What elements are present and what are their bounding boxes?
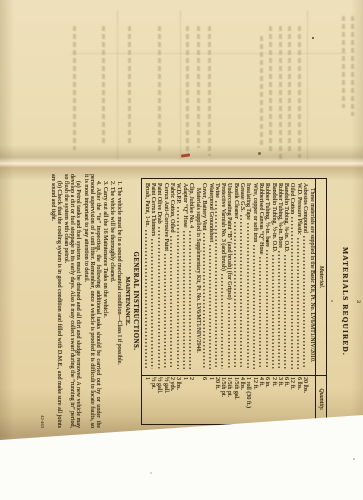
- printed-page: 3 MATERIALS REQUIRED. Material. Quantity…: [0, 170, 363, 500]
- basic-kit-note: These materials are supplied in the Basi…: [308, 179, 315, 424]
- dotted-leader: [214, 200, 220, 369]
- instruction-paragraph: (a) Petrol tanks and fuel systems must b…: [63, 174, 81, 428]
- material-name: Cover, Battery Vent: [201, 183, 207, 230]
- material-name: Waterproof Groundsheet: [207, 183, 213, 242]
- table-row: Waterproof Groundsheet 1: [207, 179, 213, 424]
- material-name: W.D.P.P.: [175, 183, 181, 204]
- maintenance-subheading: MAINTENANCE.: [124, 174, 131, 428]
- dotted-leader: [169, 235, 175, 370]
- material-quantity: 6: [201, 372, 207, 424]
- material-name: Oiled Cotton: [289, 183, 295, 214]
- material-quantity: ½ pt.: [150, 372, 156, 424]
- material-name: W.D. Pressure Plastic: [295, 183, 301, 235]
- scanner-speck: [353, 458, 355, 460]
- table-header-row: Material. Quantity.: [315, 179, 325, 424]
- table-row: Oiled Cotton 12 ft.: [289, 179, 295, 424]
- dotted-leader: [220, 273, 226, 369]
- dotted-leader: [232, 221, 238, 369]
- table-row: Protective Varnish No. 3 (and brush) 1/5…: [220, 179, 226, 424]
- instruction-paragraph: 2. The vehicle will be thoroughly cleane…: [109, 174, 115, 428]
- material-quantity: 6 ft.: [283, 372, 289, 424]
- dotted-leader: [239, 214, 245, 369]
- material-quantity: 2 yds.: [169, 372, 175, 424]
- dotted-leader: [175, 206, 181, 369]
- print-code: 42-463: [40, 174, 45, 428]
- material-quantity: 12 ft.: [251, 372, 257, 424]
- table-row: Wire, copper or soft iron 12 ft.: [251, 179, 257, 424]
- instruction-paragraph: 4. After the “in” inspection, the follow…: [82, 174, 100, 428]
- table-row: W.D.P.P. 3 lbs.: [175, 179, 181, 424]
- material-name: Bostik Cleaner: [232, 183, 238, 219]
- table-row: Rubber Tubing, ¼-in. Bore 3 ft.: [277, 179, 283, 424]
- material-quantity: 1: [144, 372, 150, 424]
- dotted-leader: [277, 250, 283, 369]
- dotted-leader: [181, 230, 187, 369]
- material-name: Insulating Tape: [245, 183, 251, 220]
- supplementary-kit-note: Materials supplied in Supplementary Kit,…: [194, 179, 201, 424]
- material-name: Paint Cerrux Thinners: [150, 183, 156, 236]
- table-row: Bostik Cleaner 1/5th gal.: [232, 179, 238, 424]
- table-row: W.D. Pressure Plastic 6 lbs.: [295, 179, 301, 424]
- table-row: Rubberised Canvas “Q” Hose 4 ft.: [258, 179, 264, 424]
- material-quantity: 20 ft.: [214, 372, 220, 424]
- page-title: MATERIALS REQUIRED.: [341, 178, 350, 425]
- table-row: Undercoating Paint “B” (and brush) (for …: [226, 179, 232, 424]
- dotted-leader: [270, 254, 276, 369]
- material-name: Brush, Paint, 1-in.: [144, 183, 150, 227]
- material-name: Paint Olive Drab: [156, 183, 162, 224]
- material-name: Twine: [214, 183, 220, 198]
- dotted-leader: [251, 244, 257, 369]
- table-column-divider: [142, 375, 326, 376]
- dotted-leader: [207, 244, 213, 369]
- dotted-leader: [144, 229, 150, 369]
- table-row: Brush, Paint, 1-in. 1: [144, 179, 150, 424]
- material-name: Rubberised Canvas “Q” Hose: [258, 183, 264, 254]
- stain-speck: [331, 300, 333, 302]
- material-quantity: 4 lbs.: [239, 372, 245, 424]
- material-quantity: 1/5th pt.: [226, 372, 232, 424]
- table-row: Paint Cerrux Thinners ½ pt.: [150, 179, 156, 424]
- dotted-leader: [264, 249, 270, 369]
- dotted-leader: [258, 256, 264, 369]
- material-quantity: 4 ft.: [258, 372, 264, 424]
- material-quantity: 12 ft.: [289, 372, 295, 424]
- table-row: Grease G.S. 4 lbs.: [239, 179, 245, 424]
- table-row: Twine 20 ft.: [214, 179, 220, 424]
- supplementary-kit-rows: Clip, Jubilee No. 4 2 Adaptor “Q” Hose 1…: [144, 179, 194, 424]
- material-quantity: 6 lbs.: [295, 372, 301, 424]
- material-quantity: 3 ft.: [277, 372, 283, 424]
- instruction-paragraphs: 1. The vehicle must be in a sound mechan…: [50, 174, 122, 428]
- material-quantity: 1: [181, 372, 187, 424]
- stain-speck: [95, 247, 97, 249]
- dotted-leader: [226, 302, 232, 369]
- material-name: Adaptor “Q” Hose: [181, 183, 187, 228]
- material-quantity: 2 ft.: [270, 372, 276, 424]
- material-name: Protective Varnish No. 3 (and brush): [220, 183, 226, 271]
- instruction-paragraph: (b) Check that the cooling system is in …: [50, 174, 62, 428]
- material-name: Wire, copper or soft iron: [251, 183, 257, 242]
- table-row: Paint Olive Drab ½ gall.: [156, 179, 162, 424]
- material-quantity: ½ gall.: [162, 372, 168, 424]
- material-quantity: 6 in.: [264, 372, 270, 424]
- table-row: Insulating Tape 1 roll (30 ft.): [245, 179, 251, 424]
- table-row: Cover, Battery Vent 6: [201, 179, 207, 424]
- dotted-leader: [283, 254, 289, 369]
- material-quantity: 1: [207, 372, 213, 424]
- material-name: Fabric Cotton, Oiled: [169, 183, 175, 233]
- table-row: Fabric Cotton, Oiled 2 yds.: [169, 179, 175, 424]
- basic-kit-rows: Asbestos Compound 20 lbs. W.D. Pressure …: [201, 179, 308, 424]
- material-quantity: 1/5th gal.: [232, 372, 238, 424]
- material-name: Undercoating Paint “B” (and brush) (for …: [226, 183, 232, 300]
- table-row: Rubber Tubing, ½-in. bore 6 in.: [264, 179, 270, 424]
- dotted-leader: [156, 226, 162, 369]
- column-header-quantity: Quantity.: [316, 375, 325, 424]
- table-row: Bandolin Tubing, ½-in. O.D. 2 ft.: [270, 179, 276, 424]
- dotted-leader: [245, 222, 251, 369]
- materials-table: Material. Quantity. These materials are …: [141, 178, 327, 425]
- fold-crease: [0, 145, 363, 181]
- general-instructions-heading: GENERAL INSTRUCTIONS.: [132, 174, 139, 428]
- material-name: Rubber Tubing, ¼-in. Bore: [277, 183, 283, 248]
- material-name: Rubber Tubing, ½-in. bore: [264, 183, 270, 247]
- ink-speck: [312, 37, 314, 39]
- dotted-leader: [289, 216, 295, 369]
- dotted-leader: [201, 232, 207, 369]
- instruction-paragraph: 1. The vehicle must be in a sound mechan…: [116, 174, 122, 428]
- dotted-leader: [150, 238, 156, 369]
- material-quantity: 3 lbs.: [175, 372, 181, 424]
- material-quantity: 1/5th pt.: [220, 372, 226, 424]
- column-header-material: Material.: [316, 179, 325, 375]
- table-row: Adaptor “Q” Hose 1: [181, 179, 187, 424]
- dotted-leader: [295, 237, 301, 369]
- page-number: 3: [355, 178, 361, 425]
- table-row: Cerrux Anti-Corrosive Paint ½ gall.: [162, 179, 168, 424]
- stain-speck: [258, 152, 261, 155]
- material-name: Bandolin Tubing, ⅜-in. O.D.: [283, 183, 289, 252]
- scanned-document: { "page": { "page_number": "3", "title":…: [0, 0, 363, 500]
- material-name: Cerrux Anti-Corrosive Paint: [162, 183, 168, 251]
- material-quantity: ½ gall.: [156, 372, 162, 424]
- ink-speck: [266, 240, 268, 242]
- paper-sheet: 3 MATERIALS REQUIRED. Material. Quantity…: [0, 0, 363, 500]
- material-quantity: 1 roll (30 ft.): [245, 372, 251, 424]
- material-name: Grease G.S.: [239, 183, 245, 212]
- table-row: Bandolin Tubing, ⅜-in. O.D. 6 ft.: [283, 179, 289, 424]
- scanner-speck: [150, 472, 152, 474]
- material-name: Bandolin Tubing, ½-in. O.D.: [270, 183, 276, 252]
- dotted-leader: [162, 253, 168, 369]
- instruction-paragraph: 3. Carry out all the 16 Maintenance Task…: [102, 174, 108, 428]
- general-instructions-section: GENERAL INSTRUCTIONS. MAINTENANCE. 1. Th…: [49, 174, 139, 428]
